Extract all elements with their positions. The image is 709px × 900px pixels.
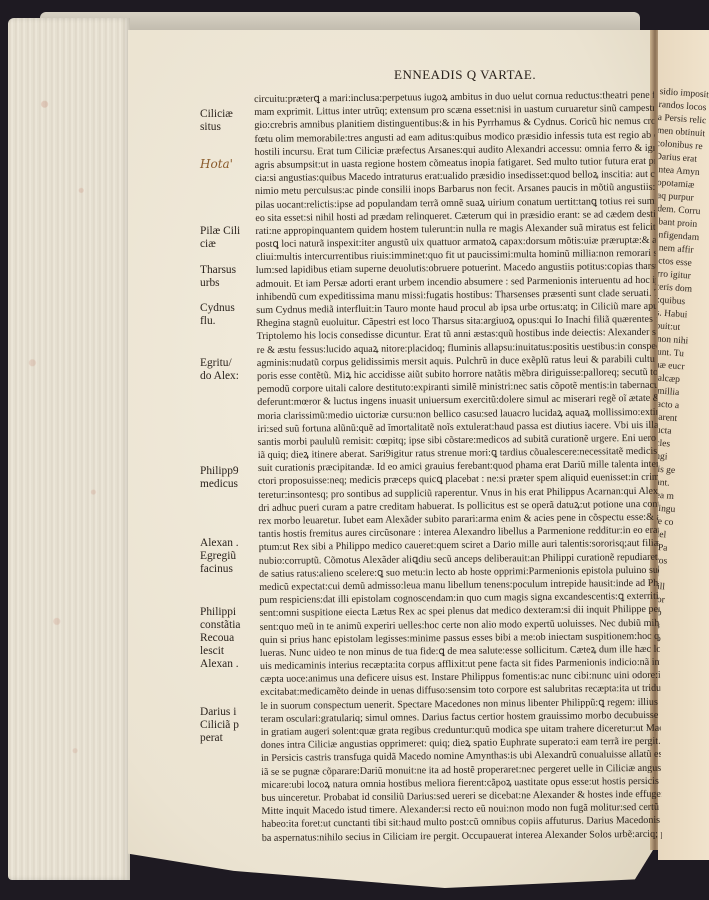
foxing-spots [8, 18, 130, 880]
main-text-block: circuitu:prӕterꝗ a mari:inclusa:perpetuu… [254, 89, 662, 845]
marginal-note-line: Alexan . [200, 658, 250, 671]
marginal-note-line: Ciliciæ [200, 108, 250, 121]
marginal-note-line: Tharsus [200, 264, 250, 277]
marginal-note-cydnus-flu: Cydnusflu. [200, 302, 250, 328]
marginal-note-line: constãtia [200, 619, 250, 632]
marginal-note-line: Egregiũ [200, 550, 250, 563]
recto-text-fragments: sidio impositrandos locosa Persis relicm… [658, 86, 709, 777]
marginal-note-line: Pilæ Cili [200, 225, 250, 238]
marginal-note-line: Egritu/ [200, 357, 250, 370]
marginal-note-line: Alexan . [200, 537, 250, 550]
book-photograph: sidio impositrandos locosa Persis relicm… [0, 0, 709, 900]
marginal-note-line: Ciliciã p [200, 719, 250, 732]
marginal-note-line: urbs [200, 277, 250, 290]
marginal-note-philippi-constantia: PhilippiconstãtiaRecoualescitAlexan . [200, 606, 250, 671]
marginal-note-alexan-egregium-facinus: Alexan .Egregiũfacinus [200, 537, 250, 576]
marginal-note-philippus-medicus: Philipp9medicus [200, 465, 250, 491]
recto-page-partial: sidio impositrandos locosa Persis relicm… [658, 30, 709, 860]
recto-text-line: ratum. Vb [658, 605, 673, 621]
marginal-note-line: facinus [200, 563, 250, 576]
marginal-note-line: Recoua [200, 632, 250, 645]
marginal-note-line: situs [200, 121, 250, 134]
marginal-note-line: Philippi [200, 606, 250, 619]
recto-text-line: prӕterea m [658, 488, 681, 504]
marginal-note-line: perat [200, 732, 250, 745]
marginal-note-line: Darius i [200, 706, 250, 719]
recto-text-line: atq; ita cor [658, 592, 674, 608]
recto-text-line: cissimis ge [658, 462, 683, 478]
marginal-note-line: do Alex: [200, 370, 250, 383]
marginal-note-darius-ciliciam-petat: Darius iCiliciã pperat [200, 706, 250, 745]
marginal-note-ciliciae-situs: Ciliciæsitus [200, 108, 250, 134]
recto-text-line: in fronte co [658, 514, 680, 530]
book-fore-edge [8, 18, 130, 880]
marginal-note-pilae-ciliciae: Pilæ Ciliciæ [200, 225, 250, 251]
marginal-note-line: Philipp9 [200, 465, 250, 478]
marginal-note-line: Cydnus [200, 302, 250, 315]
recto-text-line: tium impo [658, 631, 671, 647]
marginal-note-egritudo-alex: Egritu/do Alex: [200, 357, 250, 383]
marginal-note-line: lescit [200, 645, 250, 658]
recto-text-line: tere:sed ill [658, 579, 675, 595]
marginal-note-tharsus-urbs: Tharsusurbs [200, 264, 250, 290]
marginal-note-line: medicus [200, 478, 250, 491]
recto-text-line: riis mixtos [658, 553, 677, 569]
marginal-note-line: ciæ [200, 238, 250, 251]
handwritten-marginal-note: Hota' [200, 157, 233, 171]
recto-text-line: acies a ingu [658, 501, 680, 517]
running-head: ENNEADIS Q VARTAE. [394, 67, 536, 83]
recto-text-line: dones:ges [658, 618, 672, 634]
recto-text-line: teras & Pa [658, 540, 678, 556]
marginal-note-line: flu. [200, 315, 250, 328]
